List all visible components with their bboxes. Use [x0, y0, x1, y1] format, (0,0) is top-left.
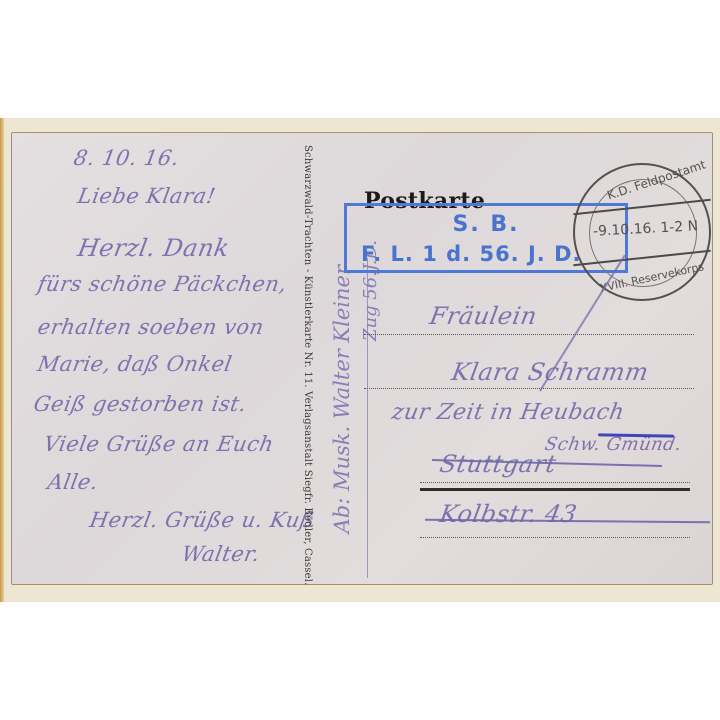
feldpost-postmark: K.D. Feldpostamt -9.10.16. 1-2 N XVIII. … — [573, 163, 711, 301]
message-salutation: Liebe Klara! — [76, 184, 218, 208]
address-line-1: Fräulein — [428, 302, 540, 330]
address-rule-solid — [420, 488, 690, 491]
address-rule-2 — [364, 388, 694, 389]
address-rule-3 — [420, 482, 690, 483]
message-line-2: fürs schöne Päckchen, — [36, 272, 289, 296]
message-line-1: Herzl. Dank — [76, 234, 232, 262]
address-line-4-struck: Stuttgart — [438, 450, 559, 478]
address-line-5-struck: Kolbstr. 43 — [438, 500, 580, 528]
censor-line-2: F. L. 1 d. 56. J. D. — [361, 242, 581, 266]
message-date: 8. 10. 16. — [72, 146, 181, 170]
message-line-3: erhalten soeben von — [36, 315, 266, 339]
message-line-6: Viele Grüße an Euch — [42, 432, 276, 456]
adjacent-card-edge — [0, 118, 4, 602]
address-rule-1 — [364, 334, 694, 335]
address-rule-4 — [420, 537, 690, 538]
message-line-7: Alle. — [46, 470, 100, 494]
sender-vertical-line-1: Ab: Musk. Walter Kleiner — [330, 265, 354, 533]
message-closing: Herzl. Grüße u. Kuß — [88, 508, 317, 532]
message-line-5: Geiß gestorben ist. — [32, 392, 249, 416]
message-line-4: Marie, daß Onkel — [36, 352, 234, 376]
address-line-3: zur Zeit in Heubach — [390, 400, 627, 425]
divider-line — [367, 258, 368, 578]
message-signature: Walter. — [180, 542, 262, 566]
publisher-imprint: Schwarzwald-Trachten - Künstlerkarte Nr.… — [302, 145, 313, 575]
